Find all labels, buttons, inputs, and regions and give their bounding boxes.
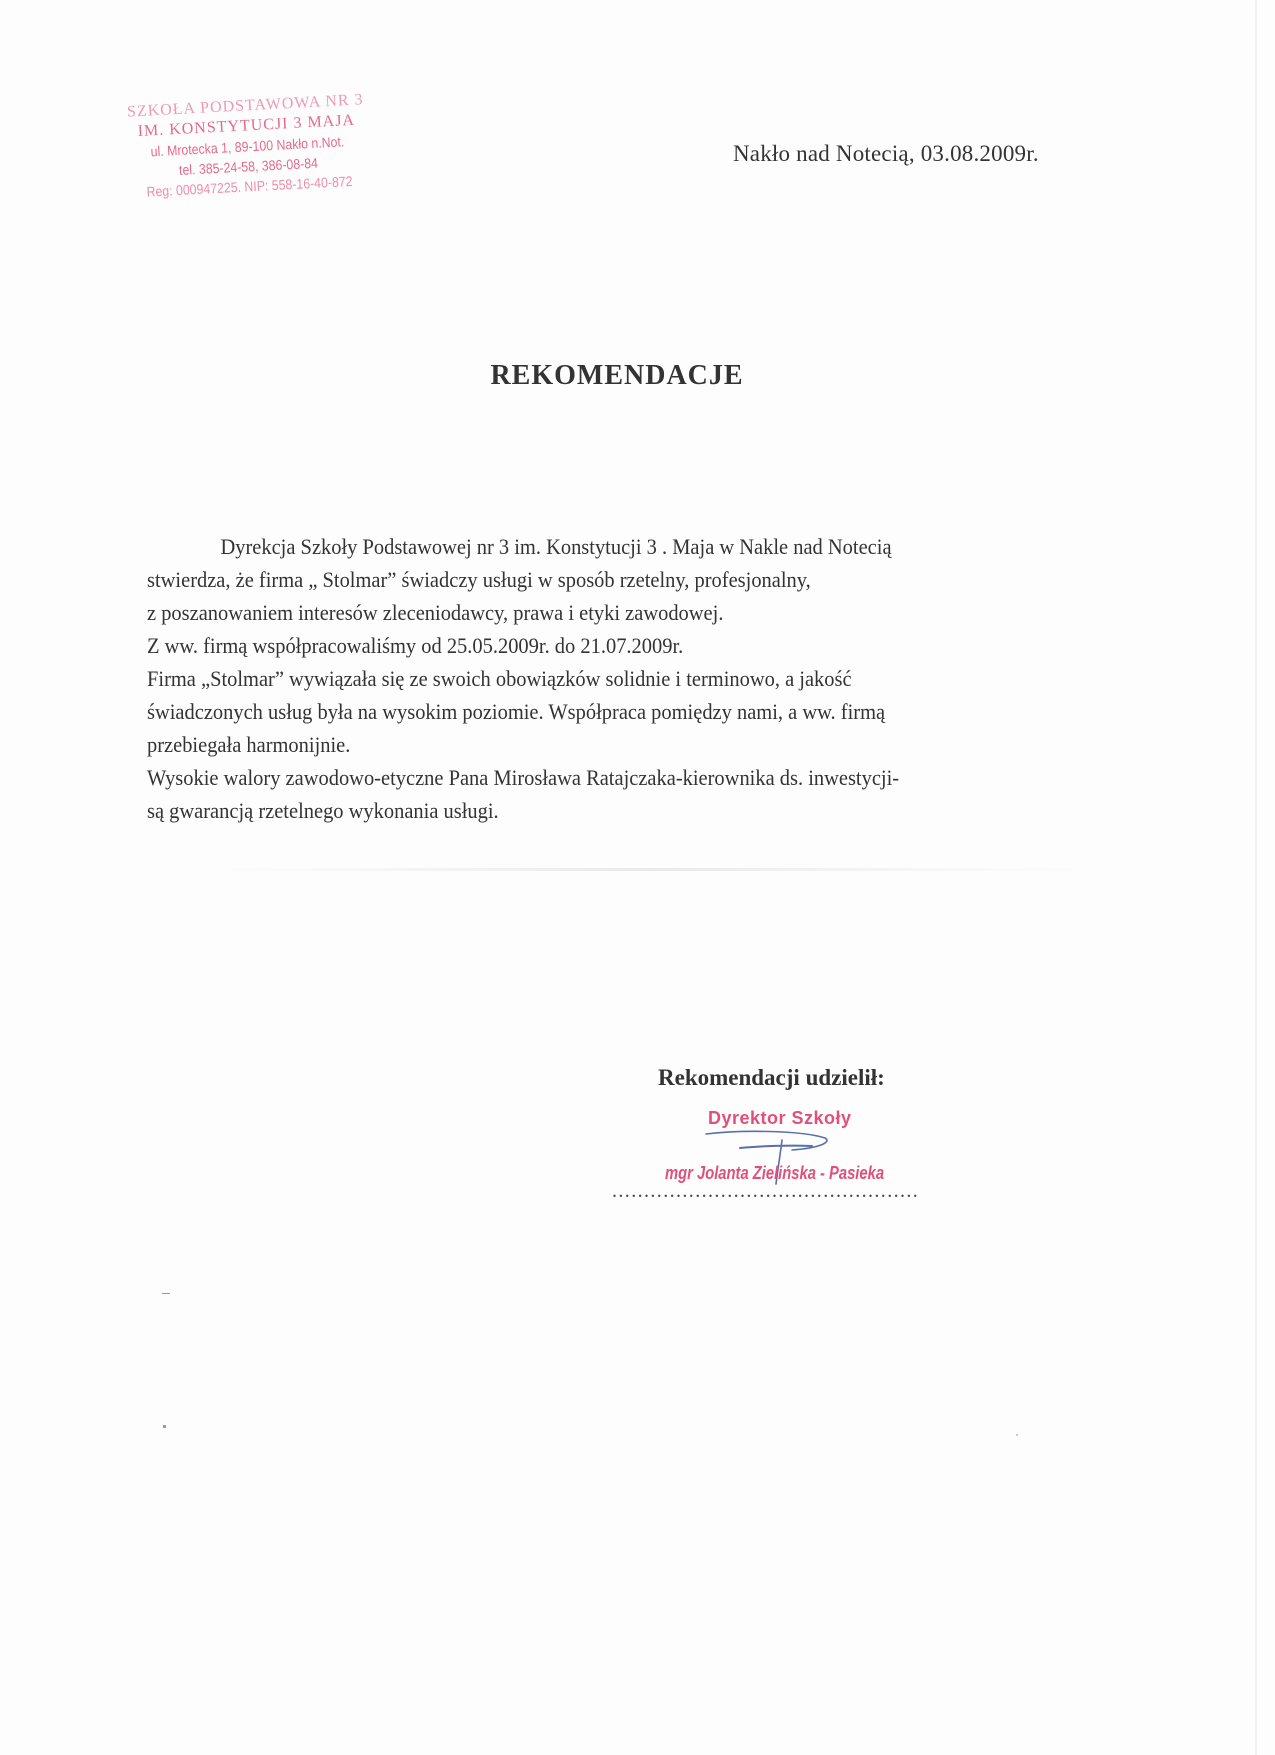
scan-speck [162, 1293, 170, 1294]
body-line: przebiegała harmonijnie. [147, 728, 1021, 761]
scan-edge [1255, 0, 1257, 1755]
signatory-role-stamp: Dyrektor Szkoły [708, 1108, 852, 1129]
body-line: z poszanowaniem interesów zleceniodawcy,… [147, 596, 1021, 629]
body-line: stwierdza, że firma „ Stolmar” świadczy … [147, 563, 1021, 596]
school-stamp: SZKOŁA PODSTAWOWA NR 3 IM. KONSTYTUCJI 3… [100, 89, 395, 204]
scan-fold-line [220, 868, 1080, 871]
body-line: Z ww. firmą współpracowaliśmy od 25.05.2… [147, 629, 1021, 662]
body-line: Firma „Stolmar” wywiązała się ze swoich … [147, 662, 1021, 695]
scan-speck [163, 1425, 166, 1428]
signature-dotted-line: ........................................… [612, 1180, 919, 1203]
body-line: są gwarancją rzetelnego wykonania usługi… [147, 794, 1021, 827]
recommendation-body: Dyrekcja Szkoły Podstawowej nr 3 im. Kon… [147, 530, 1087, 827]
signature-label: Rekomendacji udzielił: [658, 1065, 885, 1091]
body-line: świadczonych usług była na wysokim pozio… [147, 695, 1021, 728]
document-page: SZKOŁA PODSTAWOWA NR 3 IM. KONSTYTUCJI 3… [0, 0, 1275, 1755]
scan-speck [1016, 1434, 1018, 1436]
body-line: Dyrekcja Szkoły Podstawowej nr 3 im. Kon… [147, 530, 1021, 563]
body-line: Wysokie walory zawodowo-etyczne Pana Mir… [147, 761, 1021, 794]
place-and-date: Nakło nad Notecią, 03.08.2009r. [733, 141, 1039, 167]
document-title: REKOMENDACJE [0, 360, 1234, 392]
